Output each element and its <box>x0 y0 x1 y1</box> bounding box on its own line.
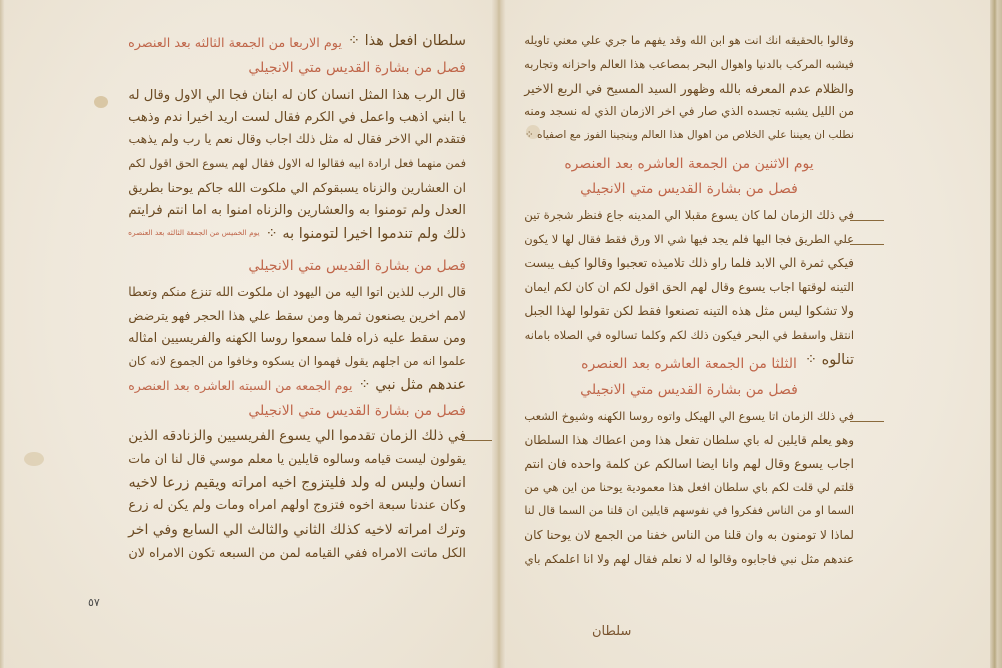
text-line: في ذلك الزمان لما كان يسوع مقبلا الي الم… <box>524 208 854 222</box>
text-line: في ذلك الزمان اتا يسوع الي الهيكل واتوه … <box>524 409 854 423</box>
right-page-text-block: وقالوا بالحقيقه انك انت هو ابن الله وقد … <box>524 0 854 668</box>
text-line: انتقل واسقط في البحر فيكون ذلك لكم وكلما… <box>525 328 854 342</box>
text-line: في ذلك الزمان تقدموا الي يسوع الفريسيين … <box>128 428 466 444</box>
text-line: فمن منهما فعل ارادة ابيه فقالوا له الاول… <box>128 156 466 170</box>
rubric-heading: فصل من بشارة القديس متي الانجيلي <box>248 403 466 419</box>
folio-number: ٥٧ <box>88 596 100 609</box>
text-line: علي الطريق فجا اليها فلم يجد فيها شي الا… <box>524 232 854 246</box>
text-line: قال الرب هذا المثل انسان كان له ابنان فج… <box>128 88 466 103</box>
stain <box>94 96 108 108</box>
text-line: نطلب ان يعيننا علي الخلاص من اهوال هذا ا… <box>525 128 854 141</box>
text-line: تنالوه ⁘ <box>805 352 854 368</box>
rubric-heading: فصل من بشارة القديس متي الانجيلي <box>248 258 466 274</box>
left-page-edge <box>0 0 5 668</box>
right-page: وقالوا بالحقيقه انك انت هو ابن الله وقد … <box>498 0 1002 668</box>
catchword: سلطان <box>592 624 631 639</box>
text-line: انسان وليس له ولد فليتزوج اخيه امراته وي… <box>128 475 466 491</box>
rubric-heading: يوم الخميس من الجمعة الثالثه بعد العنصره <box>128 228 259 237</box>
text-line: ان العشارين والزناه يسبقوكم الي ملكوت ال… <box>128 180 466 195</box>
text-line: ومن سقط عليه ذراه فلما سمعوا روسا الكهنه… <box>128 331 466 346</box>
rubric-heading: فصل من بشارة القديس متي الانجيلي <box>248 60 466 76</box>
text-line: يقولون ليست قيامه وسالوه قايلين يا معلم … <box>128 451 466 466</box>
text-line: من الليل يشبه تجسده الذي صار في اخر الاز… <box>524 104 854 118</box>
rubric-heading: يوم الاثنين من الجمعة العاشره بعد العنصر… <box>564 156 813 172</box>
rubric-heading: فصل من بشارة القديس متي الانجيلي <box>580 382 798 398</box>
book-gutter <box>492 0 506 668</box>
text-line: فتقدم الي الاخر فقال له مثل ذلك اجاب وقا… <box>129 132 466 146</box>
text-line: عندهم مثل نبي فاجابوه وقالوا له لا نعلم … <box>525 552 855 566</box>
stain <box>24 452 44 466</box>
text-line: والظلام عدم المعرفه بالله وظهور السيد ال… <box>524 81 854 96</box>
left-page: سلطان افعل هذا ⁘يوم الاربعا من الجمعة ال… <box>0 0 498 668</box>
text-line: فيشبه المركب بالدنيا واهوال البحر بمصاعب… <box>524 57 854 71</box>
text-line: لامم اخرين يصنعون ثمرها ومن سقط علي هذا … <box>128 308 466 323</box>
rubric-heading: يوم الجمعه من السبته العاشره بعد العنصره <box>128 378 352 393</box>
text-line: عندهم مثل نبي ⁘ <box>358 377 466 393</box>
text-line: قال الرب للذين اتوا اليه من اليهود ان مل… <box>128 285 466 299</box>
text-line: يا ابني اذهب واعمل في الكرم فقال لست اري… <box>128 110 466 125</box>
rubric-heading: الثلثا من الجمعة العاشره بعد العنصره <box>581 356 797 372</box>
right-page-edge <box>990 0 1002 668</box>
text-line: لماذا لا تومنون به وان قلنا من الناس خفن… <box>524 528 854 542</box>
left-page-text-block: سلطان افعل هذا ⁘يوم الاربعا من الجمعة ال… <box>128 0 466 668</box>
text-line: وهو يعلم قايلين له باي سلطان تفعل هذا وم… <box>524 433 854 447</box>
text-line: السما او من الناس ففكروا في نفوسهم قايلي… <box>524 504 854 517</box>
text-line: ولا تشكوا ليس مثل هذه التينه تصنعوا فقط … <box>524 304 854 318</box>
text-line: ذلك ولم تندموا اخيرا لتومنوا به ⁘ <box>266 226 466 242</box>
text-line: اجاب يسوع وقال لهم وانا ايضا اسالكم عن ك… <box>524 456 854 471</box>
rubric-heading: فصل من بشارة القديس متي الانجيلي <box>580 181 798 197</box>
text-line: وترك امراته لاخيه كذلك الثاني والثالث ال… <box>128 522 466 538</box>
text-line: العدل ولم تومنوا به والعشارين والزناه ام… <box>128 203 466 218</box>
rubric-heading: يوم الاربعا من الجمعة الثالثه بعد العنصر… <box>128 36 342 51</box>
text-line: وقالوا بالحقيقه انك انت هو ابن الله وقد … <box>524 33 854 47</box>
text-line: قلتم لي قلت لكم باي سلطان افعل هذا معمود… <box>524 480 854 494</box>
text-line: علموا انه من اجلهم يقول فهموا ان يسكوه و… <box>128 354 466 368</box>
manuscript-spread: سلطان افعل هذا ⁘يوم الاربعا من الجمعة ال… <box>0 0 1002 668</box>
text-line: التينه لوقتها اجاب يسوع وقال لهم الحق اق… <box>524 280 854 294</box>
text-line: وكان عندنا سبعة اخوه فتزوج اولهم امراه و… <box>128 498 466 513</box>
text-line: سلطان افعل هذا ⁘ <box>348 33 466 49</box>
text-line: فيكي ثمرة الي الابد فلما راو ذلك تلاميذه… <box>524 256 854 270</box>
text-line: الكل ماتت الامراه ففي القيامه لمن من الس… <box>128 546 466 561</box>
